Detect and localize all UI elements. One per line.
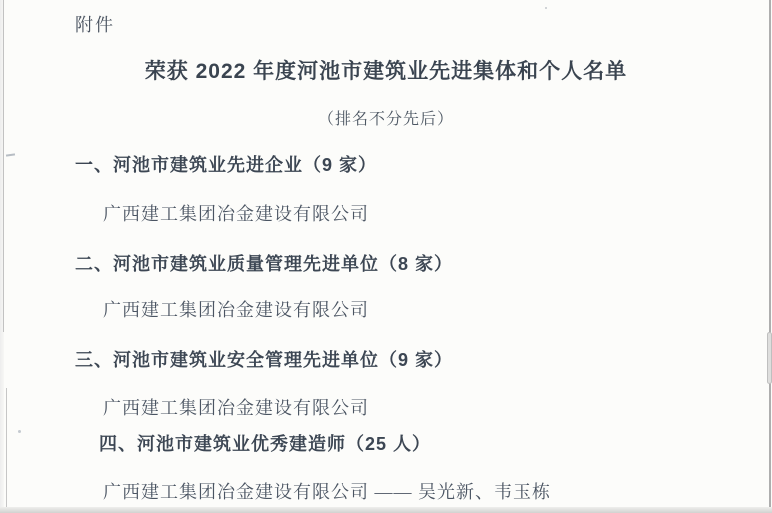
section-4-entry: 广西建工集团冶金建设有限公司 —— 吴光新、韦玉栋 xyxy=(103,478,551,504)
document-subtitle: （排名不分先后） xyxy=(0,106,772,129)
scan-bottom-edge xyxy=(0,507,772,513)
section-3-heading: 三、河池市建筑业安全管理先进单位（9 家） xyxy=(75,346,453,372)
scan-right-edge-gap xyxy=(767,332,772,384)
section-3-entry: 广西建工集团冶金建设有限公司 xyxy=(103,394,369,420)
scanned-document-page: 附件 荣获 2022 年度河池市建筑业先进集体和个人名单 （排名不分先后） 一、… xyxy=(0,0,772,513)
section-2-entry: 广西建工集团冶金建设有限公司 xyxy=(103,296,369,322)
scan-speck xyxy=(545,7,547,9)
section-4-heading: 四、河池市建筑业优秀建造师（25 人） xyxy=(99,430,431,456)
document-title: 荣获 2022 年度河池市建筑业先进集体和个人名单 xyxy=(0,55,772,85)
scan-left-edge-line-bottom xyxy=(6,388,7,513)
section-2-heading: 二、河池市建筑业质量管理先进单位（8 家） xyxy=(75,250,453,276)
attachment-label: 附件 xyxy=(75,11,115,37)
section-1-entry: 广西建工集团冶金建设有限公司 xyxy=(103,200,369,226)
scan-speck xyxy=(6,153,15,156)
section-1-heading: 一、河池市建筑业先进企业（9 家） xyxy=(75,151,377,177)
scan-speck xyxy=(18,430,21,433)
scan-left-edge-line-top xyxy=(3,0,4,332)
